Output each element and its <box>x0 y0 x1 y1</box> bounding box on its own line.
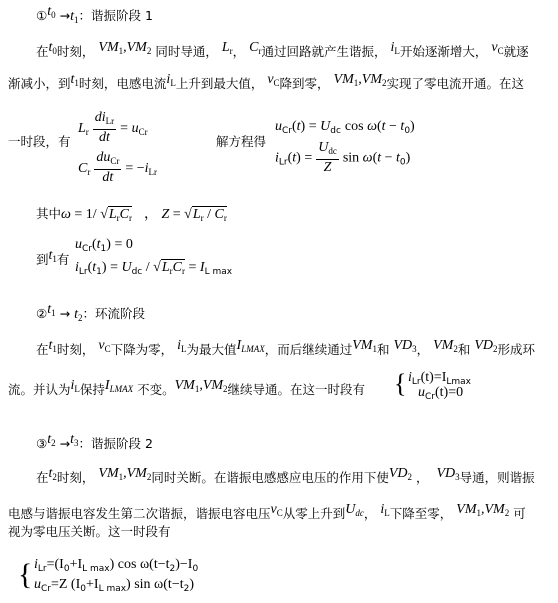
text-label: 一时段，有 <box>8 134 71 150</box>
paragraph-3-line-2: 电感与谐振电容发生第二次谐振，谐振电容电压vC从零上升到Udc， iL下降至零，… <box>8 502 526 522</box>
paragraph-3-line-3: 视为零电压关断。这一时段有 <box>8 524 171 540</box>
equation-ucr-zero: uCr(t)=0 <box>418 385 463 402</box>
equation-ucr-t1: uCr(t1) = 0 <box>75 236 133 254</box>
paragraph-2-line-1: 在t1时刻， vC下降为零， iL为最大值ILMAX，而后继续通过VM1和 VD… <box>36 338 535 358</box>
paragraph-1-line-2: 渐减小，到t1时刻，电感电流iL上升到最大值， vC降到零， VM1,VM2实现… <box>8 72 524 92</box>
equation-ilr-t1: iLr(t1) = Udc / √LrCr = IL max <box>75 259 232 277</box>
section-title: 环流阶段 <box>95 306 145 321</box>
section-title: 谐振阶段 1 <box>91 8 153 23</box>
circled-number-1: ① <box>36 8 47 23</box>
section1-heading: ①t0 →t1：谐振阶段 1 <box>36 4 153 28</box>
at-t1-line: 到t1有 <box>36 248 69 268</box>
left-brace: { <box>394 371 406 397</box>
equation-capacitor: Cr duCrdt = −iLr <box>78 150 157 186</box>
equation-ilr-resonance: iLr=(I0+IL max) cos ω(t−t2)−I0 <box>34 556 198 574</box>
equation-inductor: Lr diLrdt = uCr <box>78 110 148 146</box>
paragraph-2-line-2: 流。并认为iL保持ILMAX 不变。VM1,VM2继续导通。在这一时段有 <box>8 378 365 398</box>
solve-label: 解方程得 <box>216 134 266 150</box>
circled-number-3: ③ <box>36 436 47 451</box>
paragraph-1-line-1: 在t0时刻， VM1,VM2 同时导通， Lr， Cr通过回路就产生谐振， iL… <box>36 40 529 60</box>
section3-heading: ③t2 →t3：谐振阶段 2 <box>36 432 153 452</box>
section2-heading: ②t1 → t2：环流阶段 <box>36 302 145 326</box>
arrow-icon: → <box>60 8 70 23</box>
circled-number-2: ② <box>36 306 47 321</box>
section-title: 谐振阶段 2 <box>91 436 153 451</box>
definitions-line: 其中ω = 1/ √LrCr ， Z = √Lr / Cr <box>36 206 227 226</box>
solution-ilr: iLr(t) = UdcZ sin ω(t − t0) <box>275 140 410 176</box>
paragraph-3-line-1: 在t2时刻， VM1,VM2同时关断。在谐振电感感应电压的作用下使VD2 ， V… <box>36 466 535 486</box>
left-brace: { <box>18 562 32 588</box>
solution-ucr: uCr(t) = Udc cos ω(t − t0) <box>275 118 415 136</box>
equation-ucr-resonance: uCr=Z (I0+IL max) sin ω(t−t2) <box>34 576 194 594</box>
